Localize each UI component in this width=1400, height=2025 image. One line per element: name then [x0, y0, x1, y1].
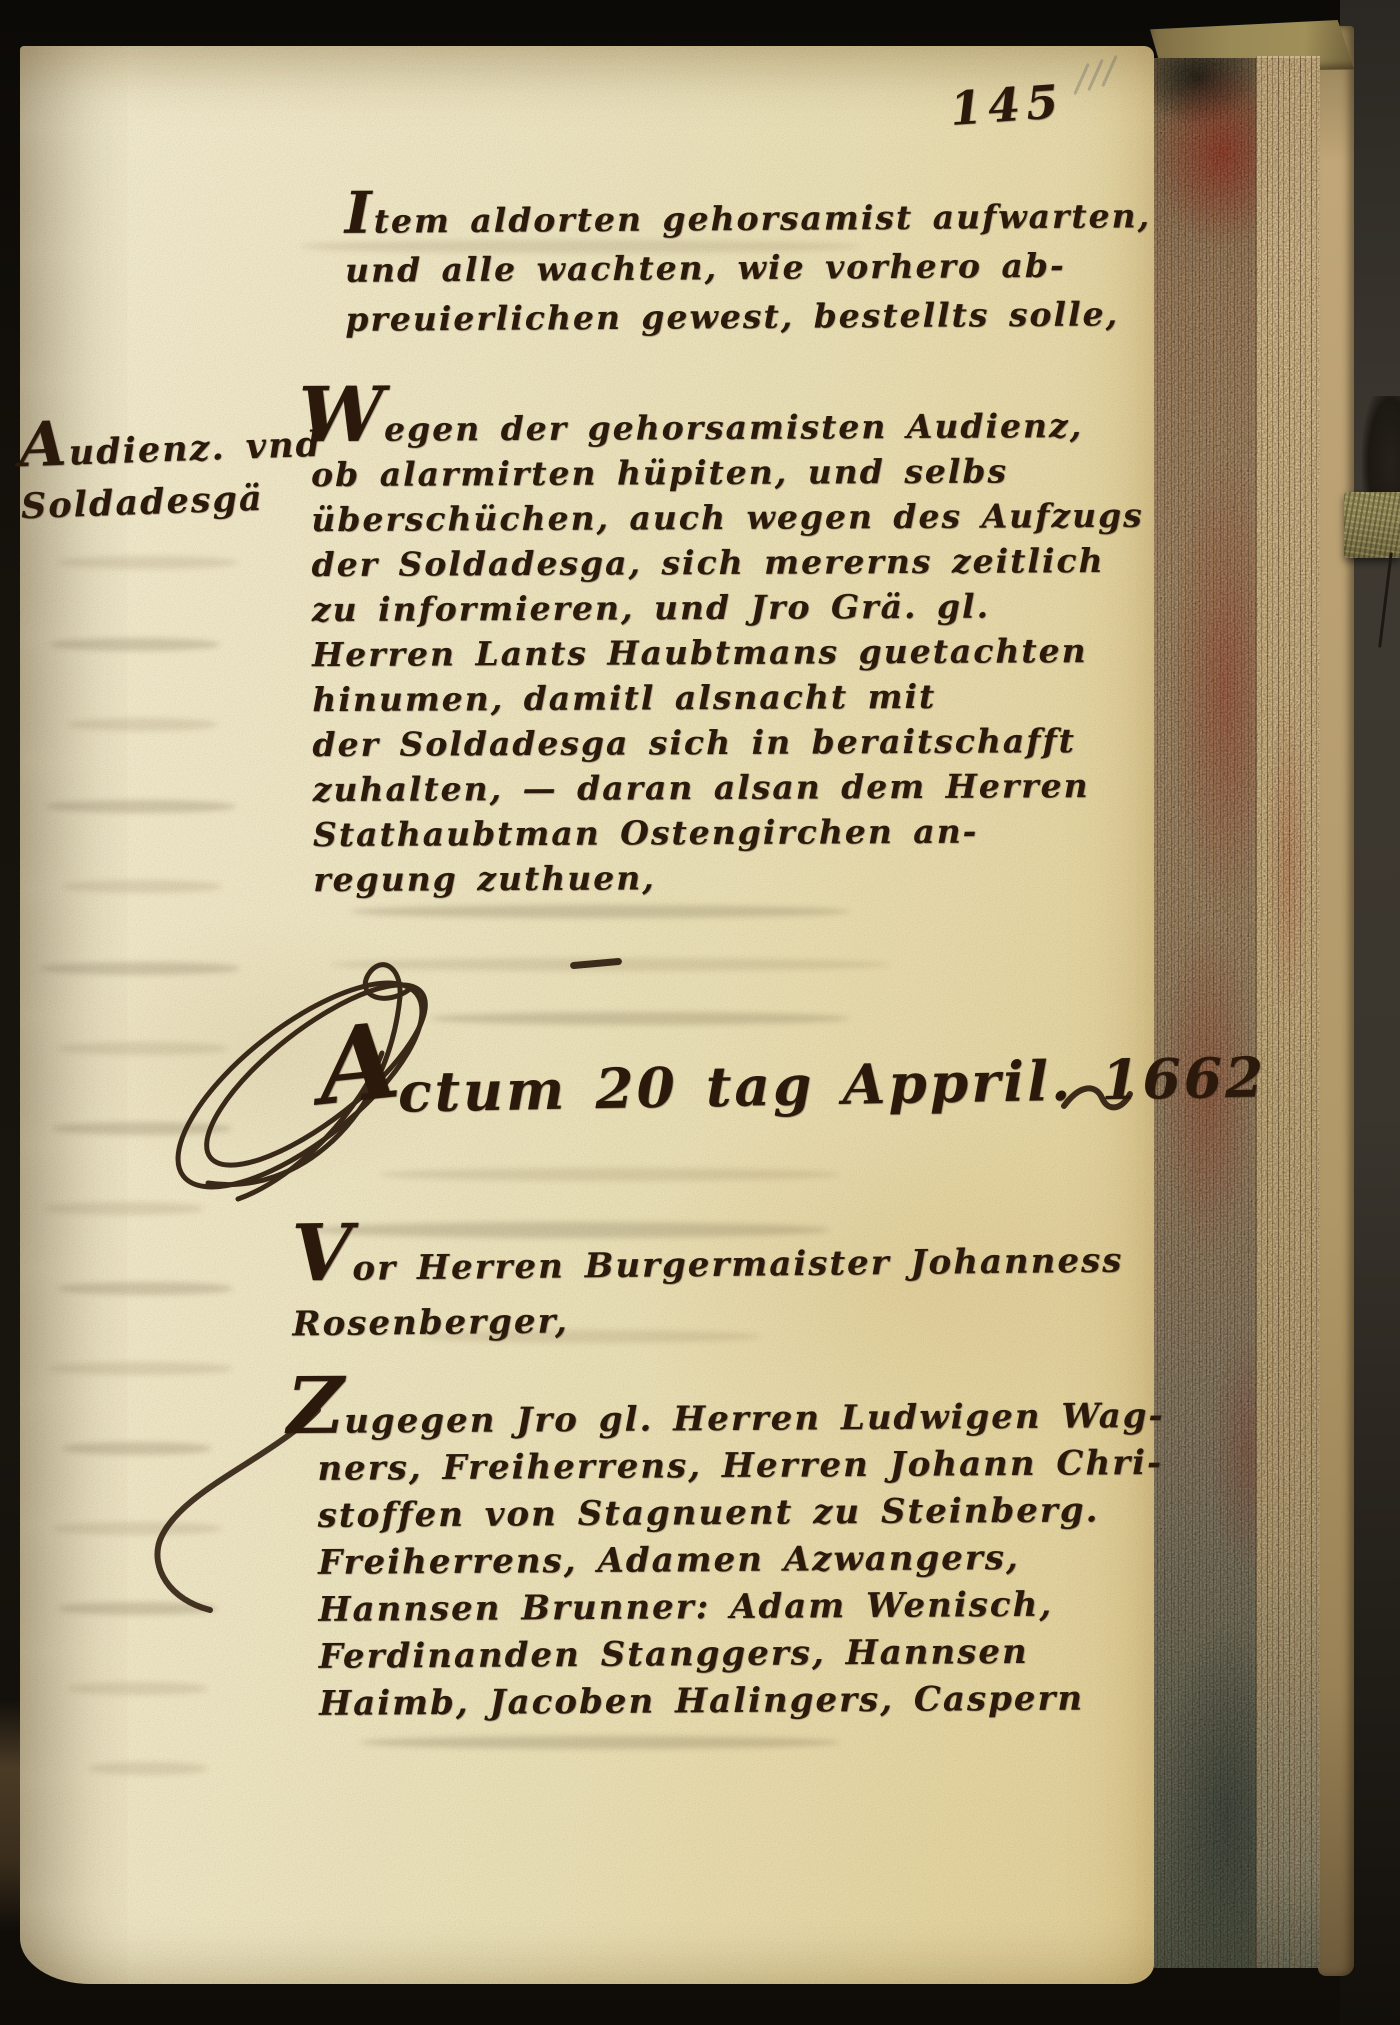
page-number: 145 [948, 74, 1066, 136]
ribbon-tie [1344, 492, 1400, 558]
text-line: der Soldadesga, sich mererns zeitlich [311, 538, 1144, 587]
text-line: zuhalten, — daran alsan dem Herren [313, 763, 1146, 812]
text-line: Ferdinanden Stanggers, Hannsen [319, 1628, 1167, 1681]
text-line: ners, Freiherrens, Herren Johann Chri- [317, 1440, 1165, 1493]
margin-note: Audienz. vnd Soldadesgä [18, 419, 324, 534]
text-line: ob alarmirten hüpiten, und selbs [311, 448, 1144, 497]
text-line: Stathaubtman Ostengirchen an- [313, 808, 1146, 857]
bleedthrough-mark [88, 1762, 208, 1775]
bleedthrough-mark [68, 718, 218, 731]
bleedthrough-mark [58, 556, 238, 569]
text-line: Hannsen Brunner: Adam Wenisch, [318, 1581, 1166, 1634]
margin-note-line: Soldadesgä [20, 471, 325, 534]
text-line: preuierlichen gewest, bestellts solle, [345, 289, 1152, 344]
bleedthrough-mark [50, 638, 220, 651]
page-edge-lines [1256, 56, 1320, 1968]
book-cover-edge [1318, 26, 1354, 1976]
manuscript-scan: 145 Audienz. vnd Soldadesgä Item aldorte… [0, 0, 1400, 2025]
heading-end-flourish [1062, 1076, 1132, 1116]
bleedthrough-mark [58, 1282, 233, 1295]
text-line: überschüchen, auch wegen des Aufzugs [311, 493, 1144, 542]
paragraph-audienz: Wegen der gehorsamisten Audienz, ob alar… [299, 394, 1146, 902]
text-line: regung zuthuen, [313, 853, 1146, 902]
bleedthrough-mark [46, 800, 236, 813]
text-line: Item aldorten gehorsamist aufwarten, [344, 191, 1151, 246]
text-line: Herren Lants Haubtmans guetachten [312, 628, 1145, 677]
paragraph-presiding: Vor Herren Burgermaister Johanness Rosen… [291, 1228, 1124, 1353]
bleedthrough-mark [350, 905, 850, 918]
text-line: Freiherrens, Adamen Azwangers, [318, 1534, 1166, 1587]
paragraph-orders: Item aldorten gehorsamist aufwarten, und… [344, 191, 1151, 344]
text-line: stoffen von Stagnuent zu Steinberg. [318, 1487, 1166, 1540]
text-line: der Soldadesga sich in beraitschafft [312, 718, 1145, 767]
bleedthrough-mark [68, 1682, 208, 1695]
text-line: Haimb, Jacoben Halingers, Caspern [319, 1675, 1167, 1728]
text-line: und alle wachten, wie vorhero ab- [345, 240, 1152, 295]
text-line: Zugegen Jro gl. Herren Ludwigen Wag- [287, 1383, 1165, 1446]
bleedthrough-mark [360, 1736, 840, 1749]
gutter-shadow [0, 1700, 20, 1930]
paragraph-attendees: Zugegen Jro gl. Herren Ludwigen Wag- ner… [287, 1383, 1167, 1728]
text-line: Vor Herren Burgermaister Johanness [291, 1228, 1123, 1298]
text-line: Wegen der gehorsamisten Audienz, [299, 394, 1144, 452]
bleedthrough-mark [48, 1362, 233, 1375]
bleedthrough-mark [62, 880, 222, 893]
text-line: Rosenberger, [292, 1289, 1124, 1353]
text-line: hinumen, damitl alsnacht mit [312, 673, 1145, 722]
margin-note-line: Audienz. vnd [18, 419, 323, 482]
bleedthrough-mark [430, 1012, 850, 1025]
text-line: zu informieren, und Jro Grä. gl. [312, 583, 1145, 632]
heading-initial: A [312, 998, 407, 1129]
